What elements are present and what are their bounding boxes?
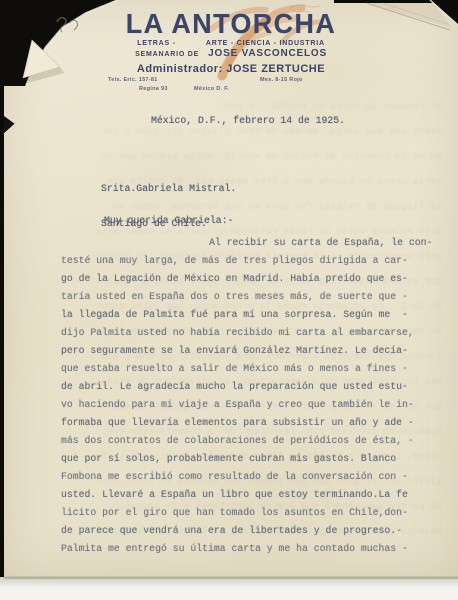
letter-body-line: que estaba resuelto a salir de México má…: [61, 360, 425, 378]
letter-body-line: usted. Llevaré a España un libro que est…: [61, 486, 425, 504]
address-street: Regina 93: [139, 86, 168, 92]
letter-body-line: testé una muy larga, de más de tres plie…: [61, 252, 425, 270]
letter-body-line: pero seguramente se la enviará González …: [61, 342, 425, 360]
publication-title: LA ANTORCHA: [13, 10, 449, 38]
letter-body-line: la llegada de Palmita fué para mí una so…: [61, 306, 425, 324]
address-city: México D. F.: [194, 86, 229, 92]
letter-body-line: Fombona me escribió como resultado de la…: [61, 468, 425, 486]
dateline: México, D.F., febrero 14 de 1925.: [151, 115, 345, 126]
letter-body-line: licito por el giro que han tomado los as…: [61, 504, 425, 522]
letter-body-line: formaba que llevaría elementos para subs…: [61, 414, 425, 432]
letter-body-line: vo haciendo para mi viaje a España y cre…: [61, 396, 425, 414]
letter-body-line: que por sí solos, probablemente cubran m…: [61, 450, 425, 468]
letter-body: Al recibir su carta de España, le con-te…: [61, 234, 425, 558]
publication-tagline: LETRAS - ARTE - CIENCIA - INDUSTRIA: [4, 40, 458, 47]
letter-body-line: de parece que vendrá una era de libertad…: [61, 522, 425, 540]
publication-subtitle: SEMANARIO DE JOSE VASCONCELOS: [4, 48, 458, 59]
scan-bed: [0, 577, 458, 600]
subtitle-name: JOSE VASCONCELOS: [208, 48, 327, 59]
letter-body-line: dijo Palmita usted no había recibido mi …: [61, 324, 425, 342]
letter-body-line: go de la Legación de México en Madrid. H…: [61, 270, 425, 288]
administrator-line: Administrador: JOSE ZERTUCHE: [4, 63, 458, 75]
letter-body-line: Al recibir su carta de España, le con-: [61, 234, 425, 252]
letter-body-line: Palmita me entregó su última carta y me …: [61, 540, 425, 558]
scanned-letter-page: { "letterhead": { "title": "LA ANTORCHA"…: [0, 0, 458, 600]
subtitle-prefix: SEMANARIO DE: [135, 51, 199, 58]
tagline-left: LETRAS -: [137, 40, 176, 47]
tagline-right: ARTE - CIENCIA - INDUSTRIA: [206, 40, 325, 47]
phone-left: Tels. Eric. 157-81: [108, 77, 158, 83]
salutation: Muy querida Gabriela:-: [104, 215, 233, 226]
recipient-name: Srita.Gabriela Mistral.: [101, 183, 236, 195]
masthead: LA ANTORCHA LETRAS - ARTE - CIENCIA - IN…: [4, 10, 458, 75]
letter-body-line: de abril. Le agradecía mucho la preparac…: [61, 378, 425, 396]
letter-body-line: taría usted en España dos o tres meses m…: [61, 288, 425, 306]
letter-body-line: más dos contratos de colaboraciones de p…: [61, 432, 425, 450]
letter-paper: LA ANTORCHA LETRAS - ARTE - CIENCIA - IN…: [4, 0, 458, 577]
